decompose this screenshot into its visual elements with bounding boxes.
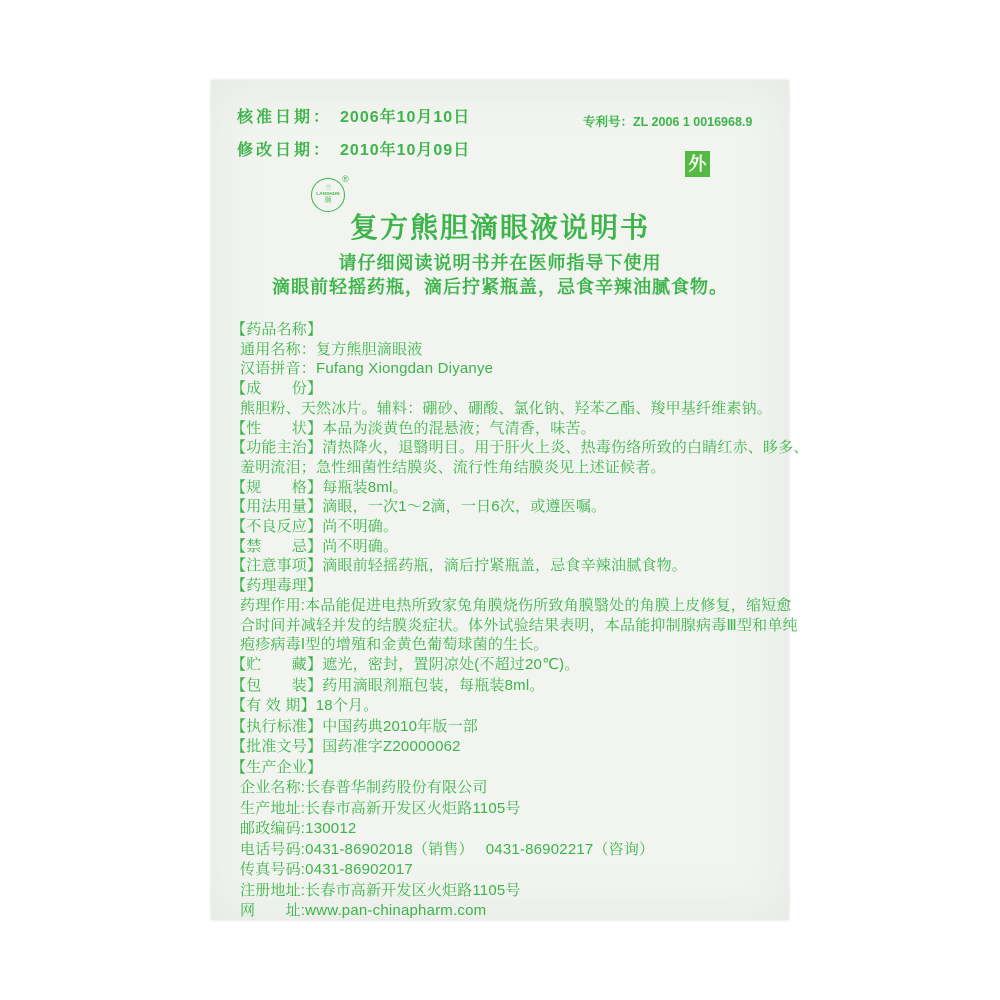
external-use-badge: 外: [685, 151, 710, 177]
body-line: 药理作用:本品能促进电热所致家兔角膜烧伤所致角膜翳处的角膜上皮修复，缩短愈: [231, 596, 779, 616]
body-line: 【注意事项】滴眼前轻摇药瓶，滴后拧紧瓶盖，忌食辛辣油腻食物。: [231, 556, 779, 576]
body-line: 【不良反应】尚不明确。: [231, 517, 779, 537]
body-line: 【用法用量】滴眼，一次1～2滴，一日6次，或遵医嘱。: [231, 497, 779, 517]
body-line: 通用名称：复方熊胆滴眼液: [231, 340, 779, 360]
page-title: 复方熊胆滴眼液说明书: [211, 206, 789, 246]
usage-notice-line: 请仔细阅读说明书并在医师指导下使用: [211, 251, 789, 275]
revision-date-label: 修改日期：: [237, 142, 332, 159]
body-line: 传真号码:0431-86902017: [231, 860, 779, 881]
body-line: 【成 份】: [231, 379, 779, 399]
body-line: 【药理毒理】: [231, 576, 779, 596]
approval-date-line: 核准日期：2006年10月10日: [237, 104, 470, 127]
body-line: 熊胆粉、天然冰片。辅料：硼砂、硼酸、氯化钠、羟苯乙酯、羧甲基纤维素钠。: [231, 399, 779, 419]
body-line: 企业名称:长春普华制药股份有限公司: [231, 778, 779, 799]
body-line: 【性 状】本品为淡黄色的混悬液；气清香，味苦。: [231, 419, 779, 439]
body-line: 【禁 忌】尚不明确。: [231, 537, 779, 557]
body-line: 生产地址:长春市高新开发区火炬路1105号: [231, 799, 779, 820]
body-line: 网 址:www.pan-chinapharm.com: [231, 901, 779, 922]
body-line: 【执行标准】中国药典2010年版一部: [231, 717, 779, 738]
body-line: 【规 格】每瓶装8ml。: [231, 478, 779, 498]
leaflet-page: 核准日期：2006年10月10日 修改日期：2010年10月09日 专利号：ZL…: [211, 80, 789, 920]
body-line: 合时间并减轻并发的结膜炎症状。体外试验结果表明，本品能抑制腺病毒Ⅲ型和单纯: [231, 616, 779, 636]
body-line: 注册地址:长春市高新开发区火炬路1105号: [231, 881, 779, 902]
body-line: 【功能主治】清热降火，退翳明目。用于肝火上炎、热毒伤络所致的白睛红赤、眵多、: [231, 438, 779, 458]
registered-trademark-icon: ®: [342, 174, 349, 184]
patent-value: ZL 2006 1 0016968.9: [633, 115, 752, 129]
revision-date-line: 修改日期：2010年10月09日: [237, 137, 470, 160]
brand-logo-bottom-char: 顺: [325, 197, 332, 204]
body-line: 邮政编码:130012: [231, 819, 779, 840]
body-line: 【有 效 期】18个月。: [231, 696, 779, 717]
patent-number-line: 专利号：ZL 2006 1 0016968.9: [583, 112, 752, 130]
usage-notice: 请仔细阅读说明书并在医师指导下使用 滴眼前轻摇药瓶，滴后拧紧瓶盖，忌食辛辣油腻食…: [211, 251, 789, 299]
approval-date-value: 2006年10月10日: [340, 109, 470, 126]
body-line: 疱疹病毒Ⅰ型的增殖和金黄色葡萄球菌的生长。: [231, 635, 779, 655]
body-line: 【贮 藏】遮光，密封，置阴凉处(不超过20℃)。: [231, 655, 779, 676]
body-line: 羞明流泪；急性细菌性结膜炎、流行性角结膜炎见上述证候者。: [231, 458, 779, 478]
revision-date-value: 2010年10月09日: [340, 142, 470, 159]
body-line: 【包 装】药用滴眼剂瓶包装，每瓶装8ml。: [231, 676, 779, 697]
patent-label: 专利号：: [583, 115, 633, 129]
body-line: 【批准文号】国药准字Z20000062: [231, 737, 779, 758]
approval-date-label: 核准日期：: [237, 109, 332, 126]
body-line: 汉语拼音：Fufang Xiongdan Diyanye: [231, 359, 779, 379]
body-line: 【药品名称】: [231, 320, 779, 340]
leaflet-body-upper: 【药品名称】通用名称：复方熊胆滴眼液汉语拼音：Fufang Xiongdan D…: [231, 320, 779, 655]
usage-notice-line: 滴眼前轻摇药瓶，滴后拧紧瓶盖，忌食辛辣油腻食物。: [211, 275, 789, 299]
leaflet-body-lower: 【贮 藏】遮光，密封，置阴凉处(不超过20℃)。【包 装】药用滴眼剂瓶包装，每瓶…: [231, 655, 779, 922]
body-line: 电话号码:0431-86902018（销售） 0431-86902217（咨询）: [231, 840, 779, 861]
body-line: 【生产企业】: [231, 758, 779, 779]
